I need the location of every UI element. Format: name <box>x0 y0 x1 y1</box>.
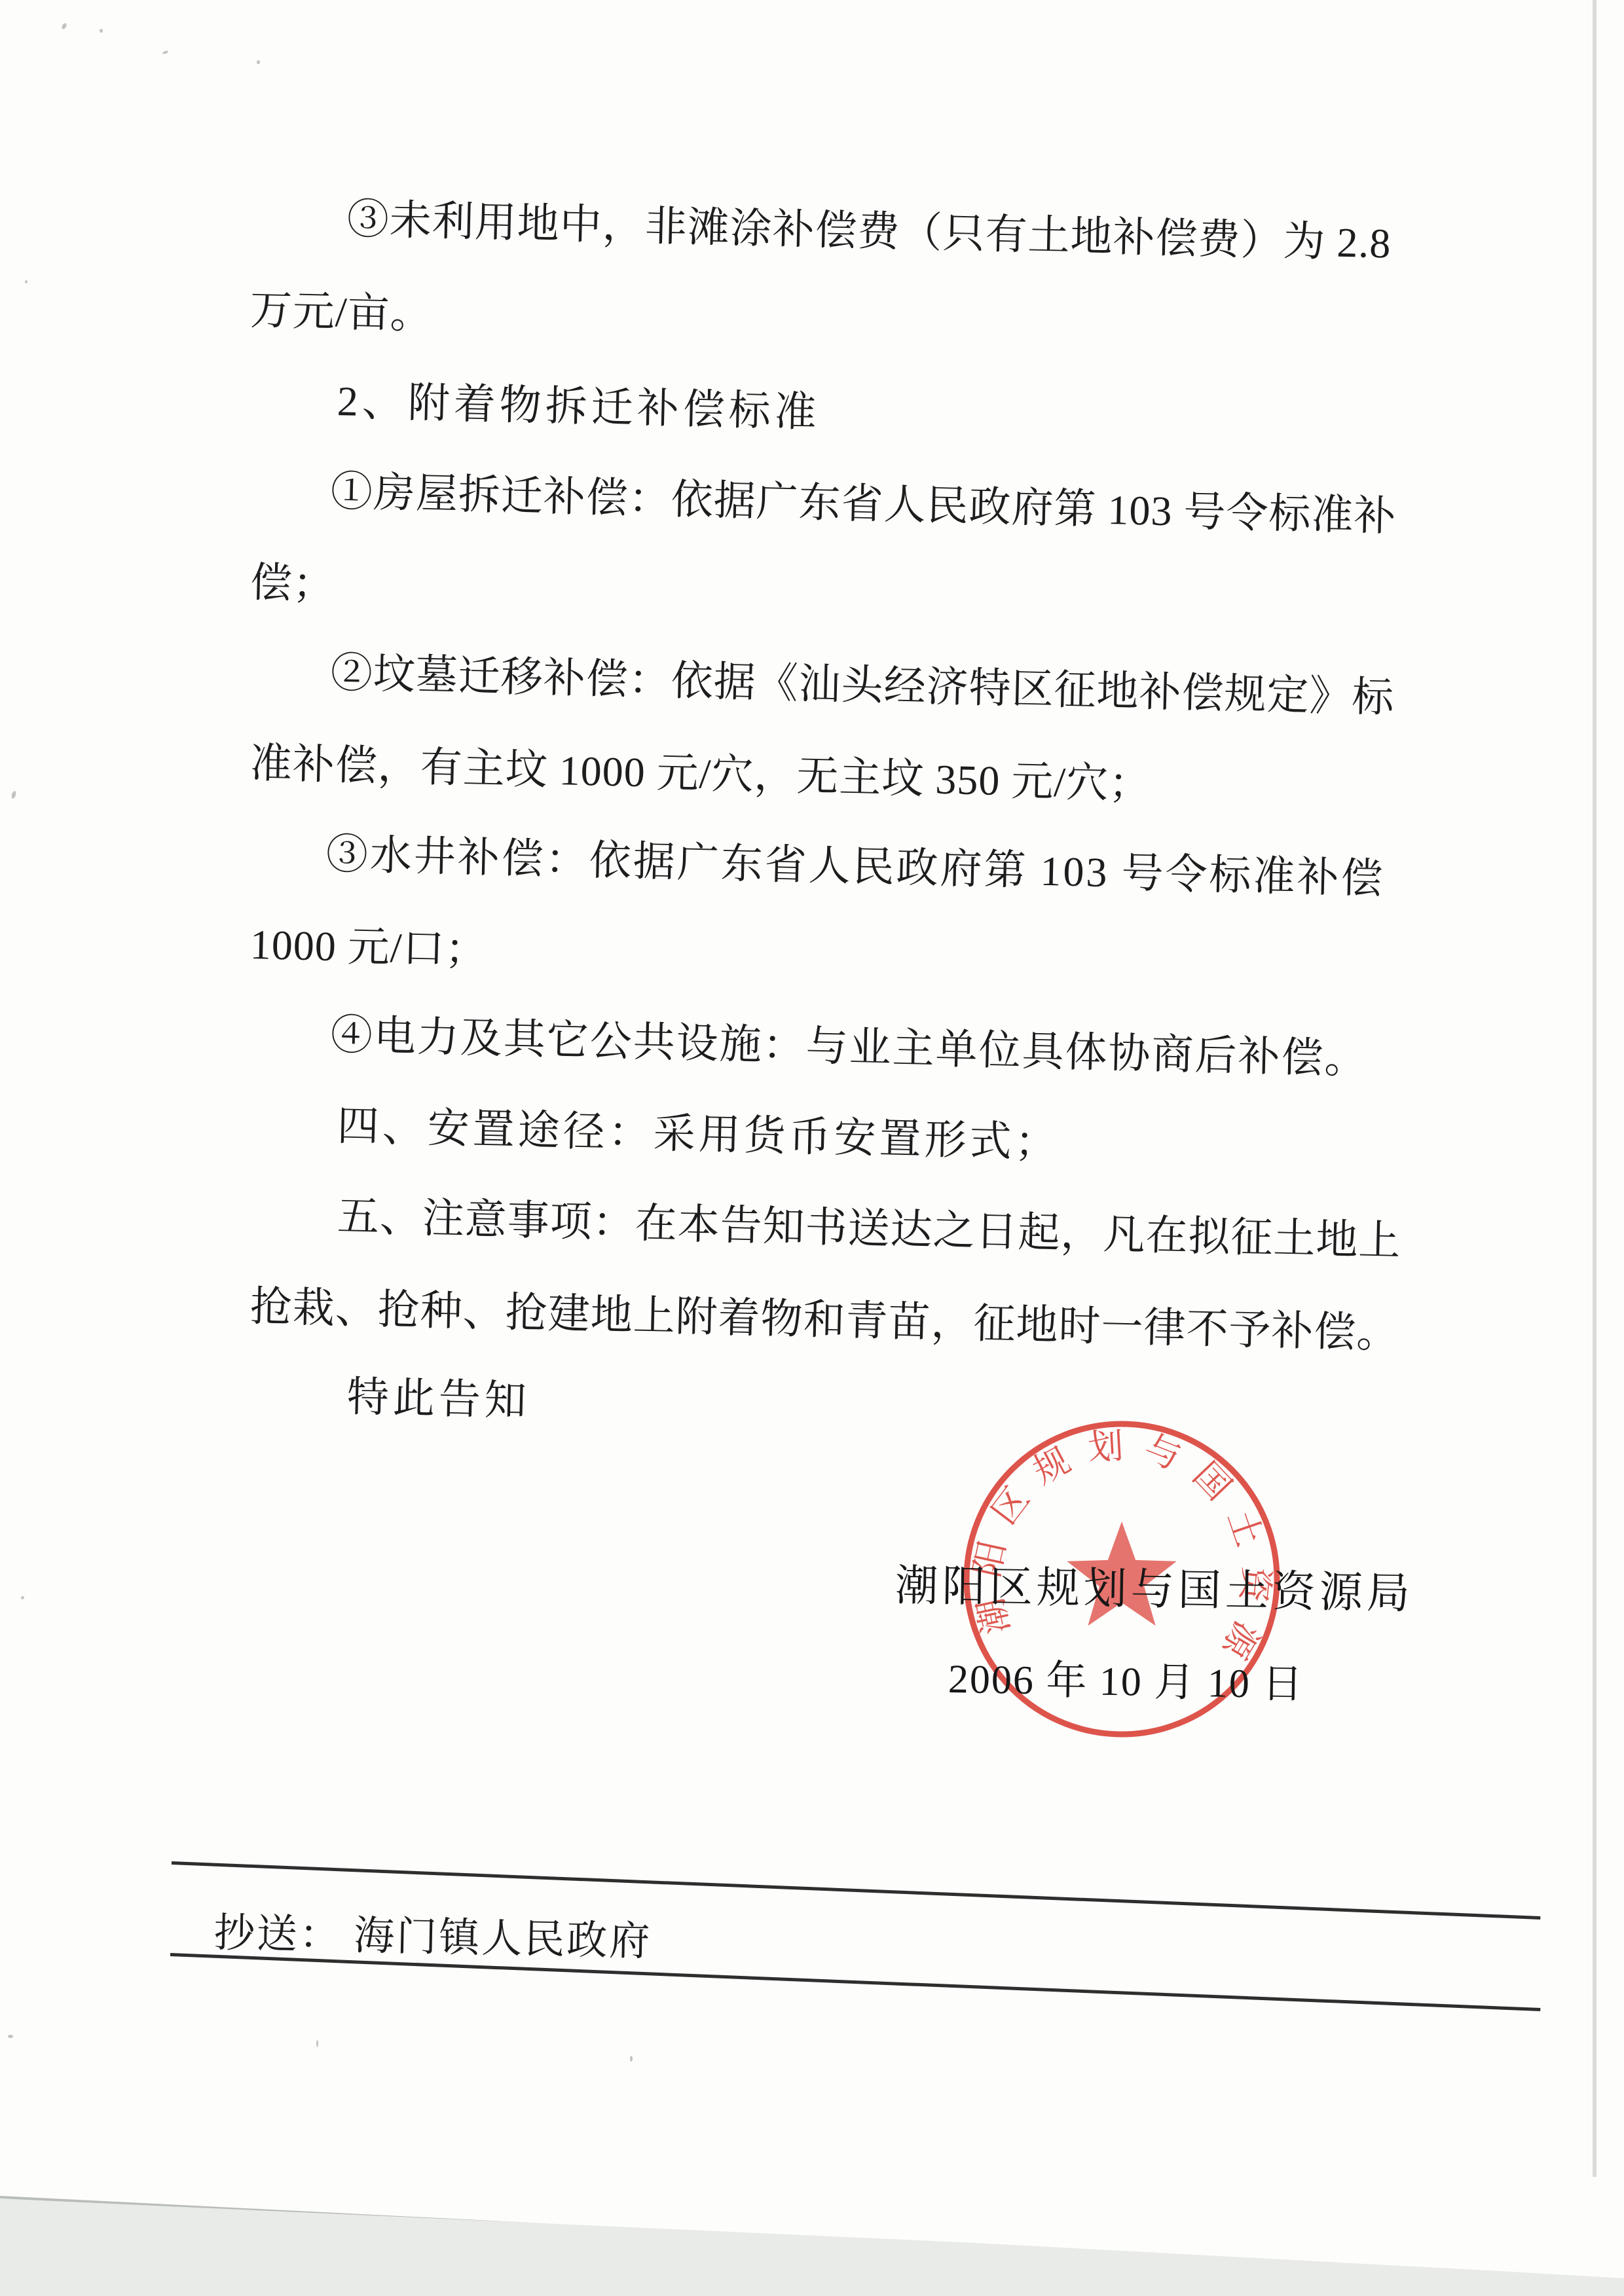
body-line: ②坟墓迁移补偿：依据《汕头经济特区征地补偿规定》标 <box>330 639 1395 724</box>
issuer-signature: 潮阳区规划与国土资源局 <box>895 1550 1414 1620</box>
scan-speck <box>100 29 103 33</box>
body-line: 准补偿，有主坟 1000 元/穴，无主坟 350 元/穴； <box>249 729 1152 811</box>
body-line: ①房屋拆迁补偿：依据广东省人民政府第 103 号令标准补 <box>330 458 1397 543</box>
scan-speck <box>630 2056 633 2062</box>
scan-speck <box>21 1596 24 1599</box>
issue-date: 2006 年 10 月 10 日 <box>948 1646 1304 1710</box>
section-heading: 2、附着物拆迁补偿标准 <box>337 367 821 439</box>
scan-speck <box>25 280 28 283</box>
body-line: ③水井补偿：依据广东省人民政府第 103 号令标准补偿 <box>325 820 1386 905</box>
scan-background-wedge <box>0 2185 1624 2296</box>
body-line: 1000 元/口； <box>249 911 489 977</box>
closing-phrase: 特此告知 <box>346 1363 531 1428</box>
scan-speck <box>10 790 16 799</box>
section-heading: 四、安置途径：采用货币安置形式； <box>337 1092 1061 1169</box>
section-heading: 五、注意事项：在本告知书送达之日起，凡在拟征土地上 <box>337 1182 1402 1267</box>
body-line: ③未利用地中，非滩涂补偿费（只有土地补偿费）为 2.8 <box>346 185 1392 270</box>
scan-speck <box>8 2035 13 2038</box>
scan-speck <box>257 60 260 64</box>
scan-speck <box>162 50 169 55</box>
scan-speck <box>61 22 67 30</box>
body-line: 偿； <box>249 549 336 611</box>
body-line: 万元/亩。 <box>249 276 434 341</box>
body-line: 抢栽、抢种、抢建地上附着物和青苗，征地时一律不予补偿。 <box>249 1273 1400 1360</box>
scan-edge-line <box>1593 0 1596 2177</box>
body-line: ④电力及其它公共设施：与业主单位具体协商后补偿。 <box>330 1001 1369 1085</box>
divider-line <box>170 1953 1541 2011</box>
scanned-document-page: ③未利用地中，非滩涂补偿费（只有土地补偿费）为 2.8 万元/亩。 2、附着物拆… <box>0 0 1624 2296</box>
scan-speck <box>316 2040 318 2047</box>
